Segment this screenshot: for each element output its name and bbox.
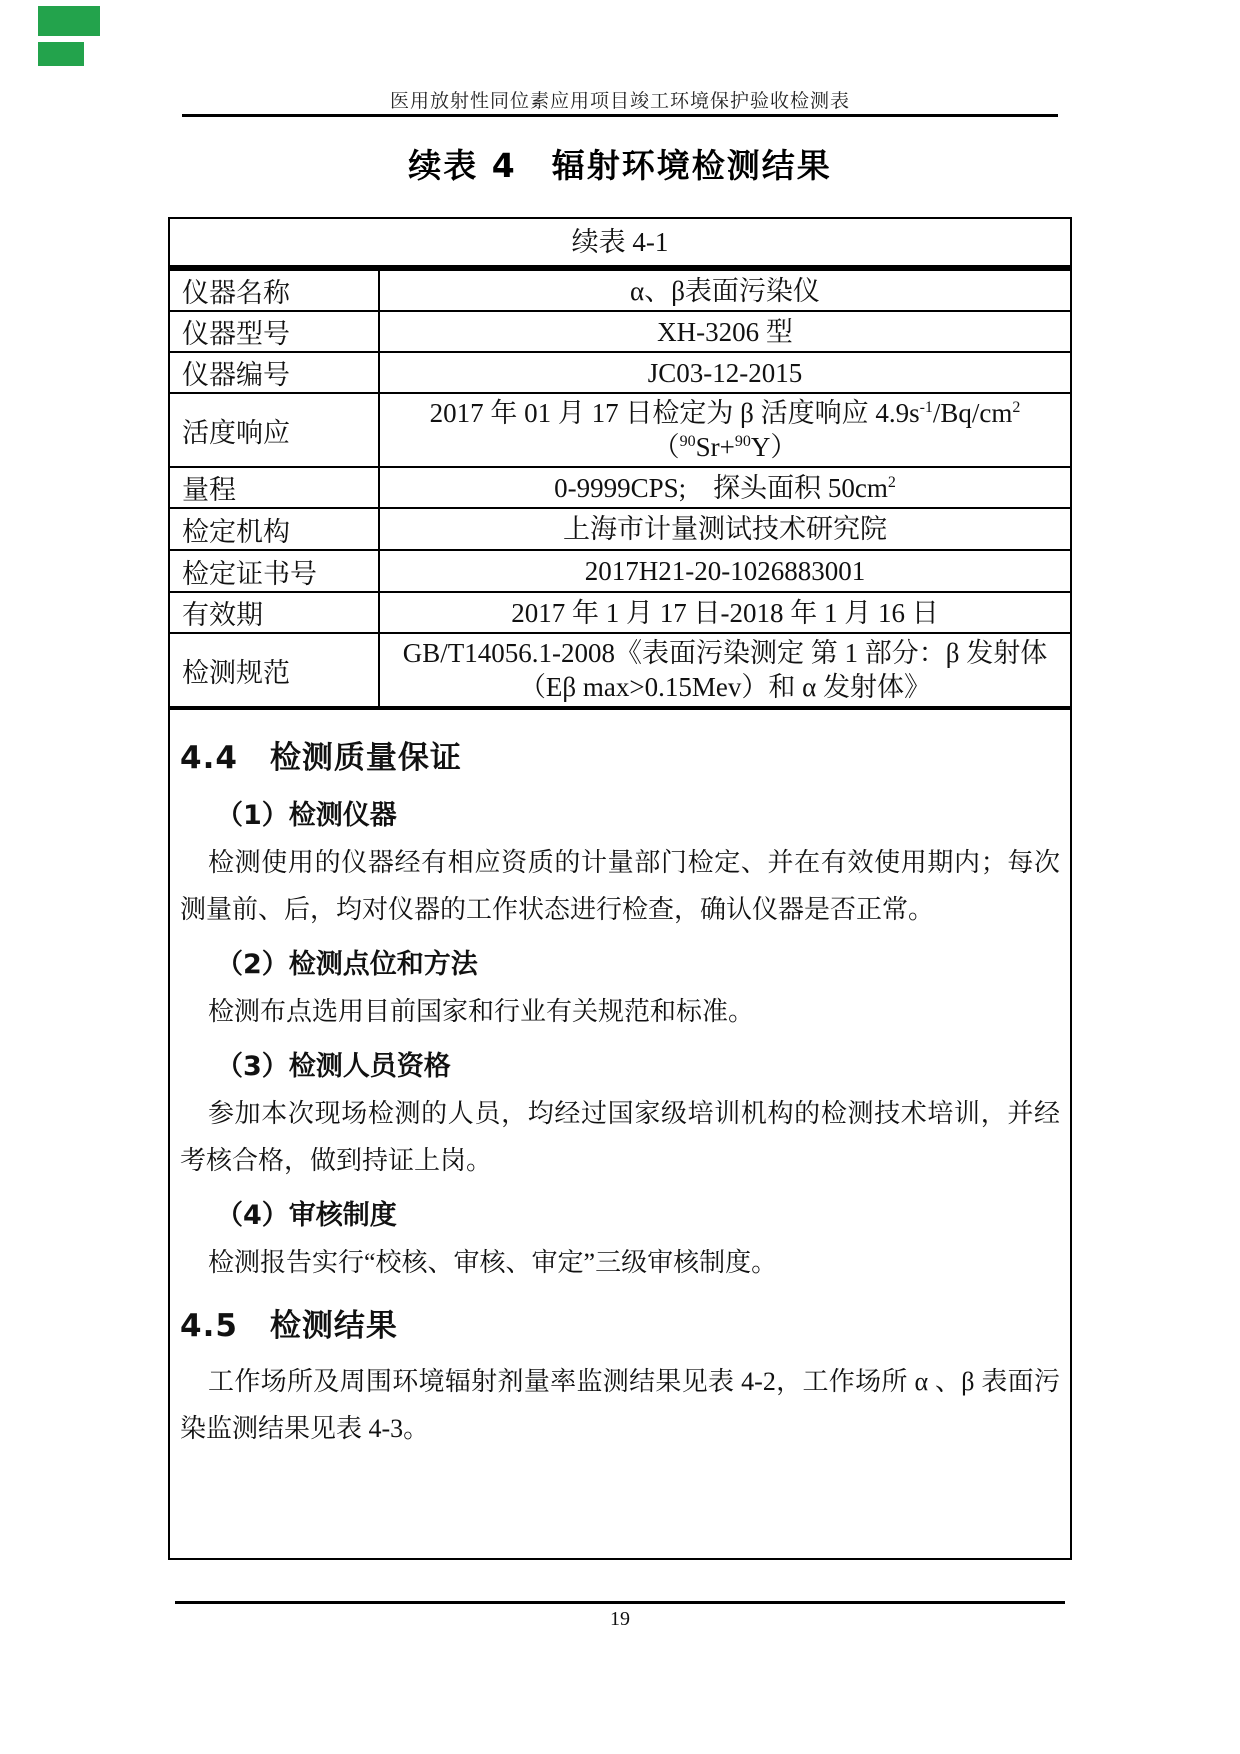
table-row-range: 量程 0-9999CPS; 探头面积 50cm2 [170,466,1070,507]
row-value: α、β表面污染仪 [380,271,1070,310]
section-4-4-heading: 4.4 检测质量保证 [180,732,1060,784]
paragraph-review-system: 检测报告实行“校核、审核、审定”三级审核制度。 [180,1239,1060,1286]
superscript: 90 [680,433,696,450]
row-label: 活度响应 [170,394,380,466]
row-label: 仪器名称 [170,271,380,310]
standard-line-1: GB/T14056.1-2008《表面污染测定 第 1 部分：β 发射体 [403,636,1047,670]
row-value: 2017 年 01 月 17 日检定为 β 活度响应 4.9s-1/Bq/cm2… [380,394,1070,466]
paragraph-points-method: 检测布点选用目前国家和行业有关规范和标准。 [180,988,1060,1035]
row-value: 2017 年 1 月 17 日-2018 年 1 月 16 日 [380,593,1070,632]
row-label: 仪器编号 [170,353,380,392]
row-value: 0-9999CPS; 探头面积 50cm2 [380,468,1070,507]
table-row-instrument-serial: 仪器编号 JC03-12-2015 [170,351,1070,392]
subsection-2-heading: （2）检测点位和方法 [216,941,1060,988]
superscript: 2 [888,474,896,491]
row-label: 检定证书号 [170,551,380,591]
superscript: 2 [1012,399,1020,416]
table-row-activity-response: 活度响应 2017 年 01 月 17 日检定为 β 活度响应 4.9s-1/B… [170,392,1070,466]
row-value: 2017H21-20-1026883001 [380,551,1070,591]
paragraph-results: 工作场所及周围环境辐射剂量率监测结果见表 4-2，工作场所 α 、β 表面污染监… [180,1358,1060,1452]
header-rule [182,114,1058,117]
subsection-1-heading: （1）检测仪器 [216,792,1060,839]
row-value: GB/T14056.1-2008《表面污染测定 第 1 部分：β 发射体 （Eβ… [380,634,1070,706]
paragraph-personnel: 参加本次现场检测的人员，均经过国家级培训机构的检测技术培训，并经考核合格，做到持… [180,1090,1060,1184]
row-label: 仪器型号 [170,312,380,351]
table-caption: 续表 4-1 [170,219,1070,269]
footer-rule [175,1601,1065,1604]
green-mark-top [38,6,100,36]
subsection-3-heading: （3）检测人员资格 [216,1043,1060,1090]
page-number: 19 [0,1608,1240,1631]
row-label: 检测规范 [170,634,380,706]
row-value: XH-3206 型 [380,312,1070,351]
green-mark-bottom [38,42,84,66]
row-label: 量程 [170,468,380,507]
superscript: -1 [920,399,933,416]
activity-text: （ [653,432,680,462]
page-header-title: 医用放射性同位素应用项目竣工环境保护验收检测表 [0,86,1240,113]
section-4-5-heading: 4.5 检测结果 [180,1300,1060,1352]
activity-text: Y） [751,432,798,462]
paragraph-instruments: 检测使用的仪器经有相应资质的计量部门检定、并在有效使用期内；每次测量前、后，均对… [180,839,1060,933]
doc-title: 续表 4 辐射环境检测结果 [0,140,1240,187]
row-label: 有效期 [170,593,380,632]
subsection-4-heading: （4）审核制度 [216,1192,1060,1239]
table-row-validity-period: 有效期 2017 年 1 月 17 日-2018 年 1 月 16 日 [170,591,1070,632]
document-body-box: 续表 4-1 仪器名称 α、β表面污染仪 仪器型号 XH-3206 型 仪器编号… [168,217,1072,1560]
table-row-instrument-name: 仪器名称 α、β表面污染仪 [170,269,1070,310]
table-row-certificate-number: 检定证书号 2017H21-20-1026883001 [170,549,1070,591]
table-row-verification-agency: 检定机构 上海市计量测试技术研究院 [170,507,1070,549]
superscript: 90 [735,433,751,450]
standard-line-2: （Eβ max>0.15Mev）和 α 发射体》 [403,670,1047,704]
row-value: JC03-12-2015 [380,353,1070,392]
table-row-instrument-model: 仪器型号 XH-3206 型 [170,310,1070,351]
range-text: 0-9999CPS; 探头面积 50cm [554,473,888,503]
activity-text: Sr+ [696,432,735,462]
row-label: 检定机构 [170,509,380,549]
activity-text: 2017 年 01 月 17 日检定为 β 活度响应 4.9s [430,398,920,428]
text-area: 4.4 检测质量保证 （1）检测仪器 检测使用的仪器经有相应资质的计量部门检定、… [170,732,1070,1452]
activity-text: /Bq/cm [933,398,1013,428]
row-value: 上海市计量测试技术研究院 [380,509,1070,549]
table-row-test-standard: 检测规范 GB/T14056.1-2008《表面污染测定 第 1 部分：β 发射… [170,632,1070,710]
